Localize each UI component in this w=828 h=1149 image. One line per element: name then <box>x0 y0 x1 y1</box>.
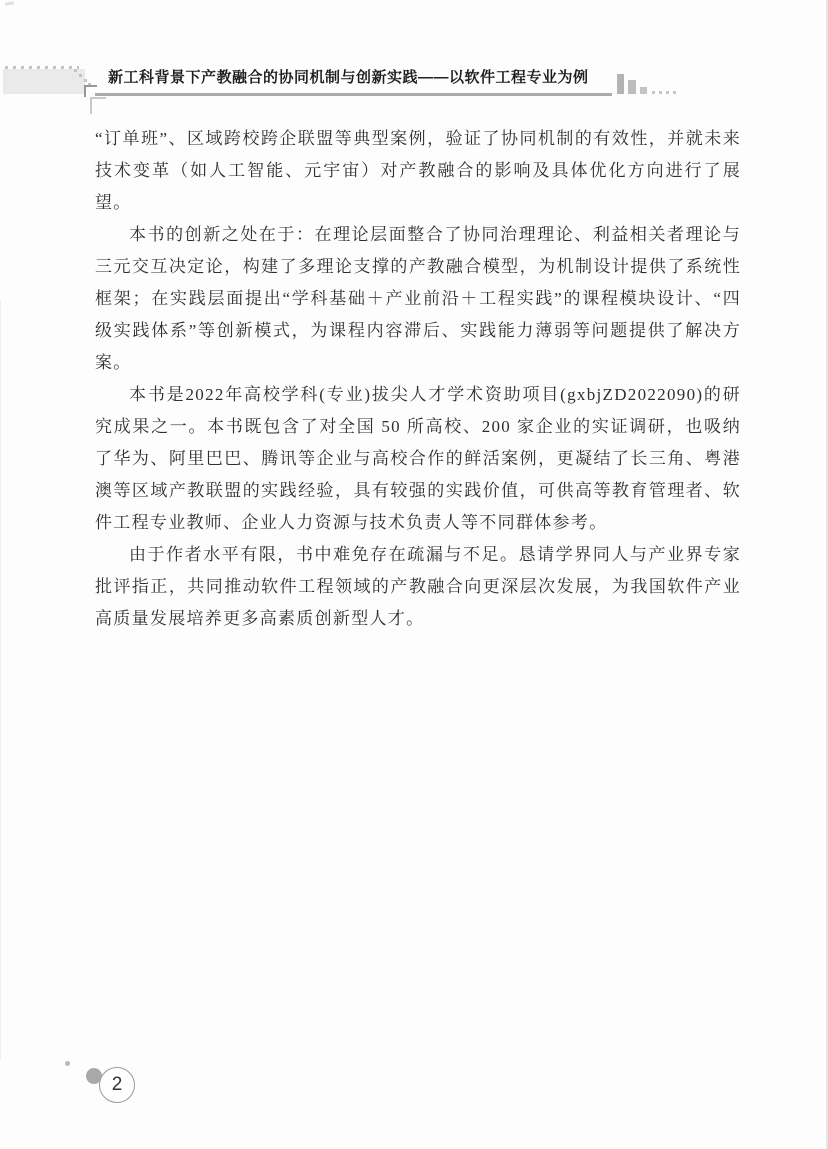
header-bars-icon <box>617 74 624 94</box>
book-page: { "header": { "title": "新工科背景下产教融合的协同机制与… <box>0 0 828 1149</box>
header-corner-bracket-light-icon <box>90 97 106 114</box>
header-bar-dot-icon <box>673 91 676 94</box>
paragraph: 本书的创新之处在于：在理论层面整合了协同治理理论、利益相关者理论与三元交互决定论… <box>95 219 741 379</box>
page-number-badge: 2 <box>99 1067 135 1103</box>
page-body-text: “订单班”、区域跨校跨企联盟等典型案例，验证了协同机制的有效性，并就未来技术变革… <box>95 123 741 635</box>
header-bar-dot-icon <box>652 91 655 94</box>
header-diagonal-dot-icon <box>79 74 82 77</box>
header-bar-dot-icon <box>659 91 662 94</box>
header-bars-icon <box>640 87 647 94</box>
scan-edge-left <box>0 300 1 1060</box>
header-diagonal-dot-icon <box>74 69 77 72</box>
paragraph: “订单班”、区域跨校跨企联盟等典型案例，验证了协同机制的有效性，并就未来技术变革… <box>95 123 741 219</box>
header-diagonal-dot-icon <box>84 79 87 82</box>
paragraph: 由于作者水平有限，书中难免存在疏漏与不足。恳请学界同人与产业界专家批评指正，共同… <box>95 539 741 635</box>
header-rule <box>95 93 612 96</box>
header-dotted-line-icon <box>5 66 79 69</box>
scan-speck <box>5 1 14 5</box>
paragraph: 本书是2022年高校学科(专业)拔尖人才学术资助项目(gxbjZD2022090… <box>95 379 741 539</box>
running-head-title: 新工科背景下产教融合的协同机制与创新实践——以软件工程专业为例 <box>108 66 589 87</box>
header-bars-icon <box>628 80 636 94</box>
header-gray-box-decoration <box>3 69 85 94</box>
page-number: 2 <box>112 1074 123 1096</box>
footer-small-dot-icon <box>65 1061 70 1066</box>
header-bar-dot-icon <box>666 91 669 94</box>
